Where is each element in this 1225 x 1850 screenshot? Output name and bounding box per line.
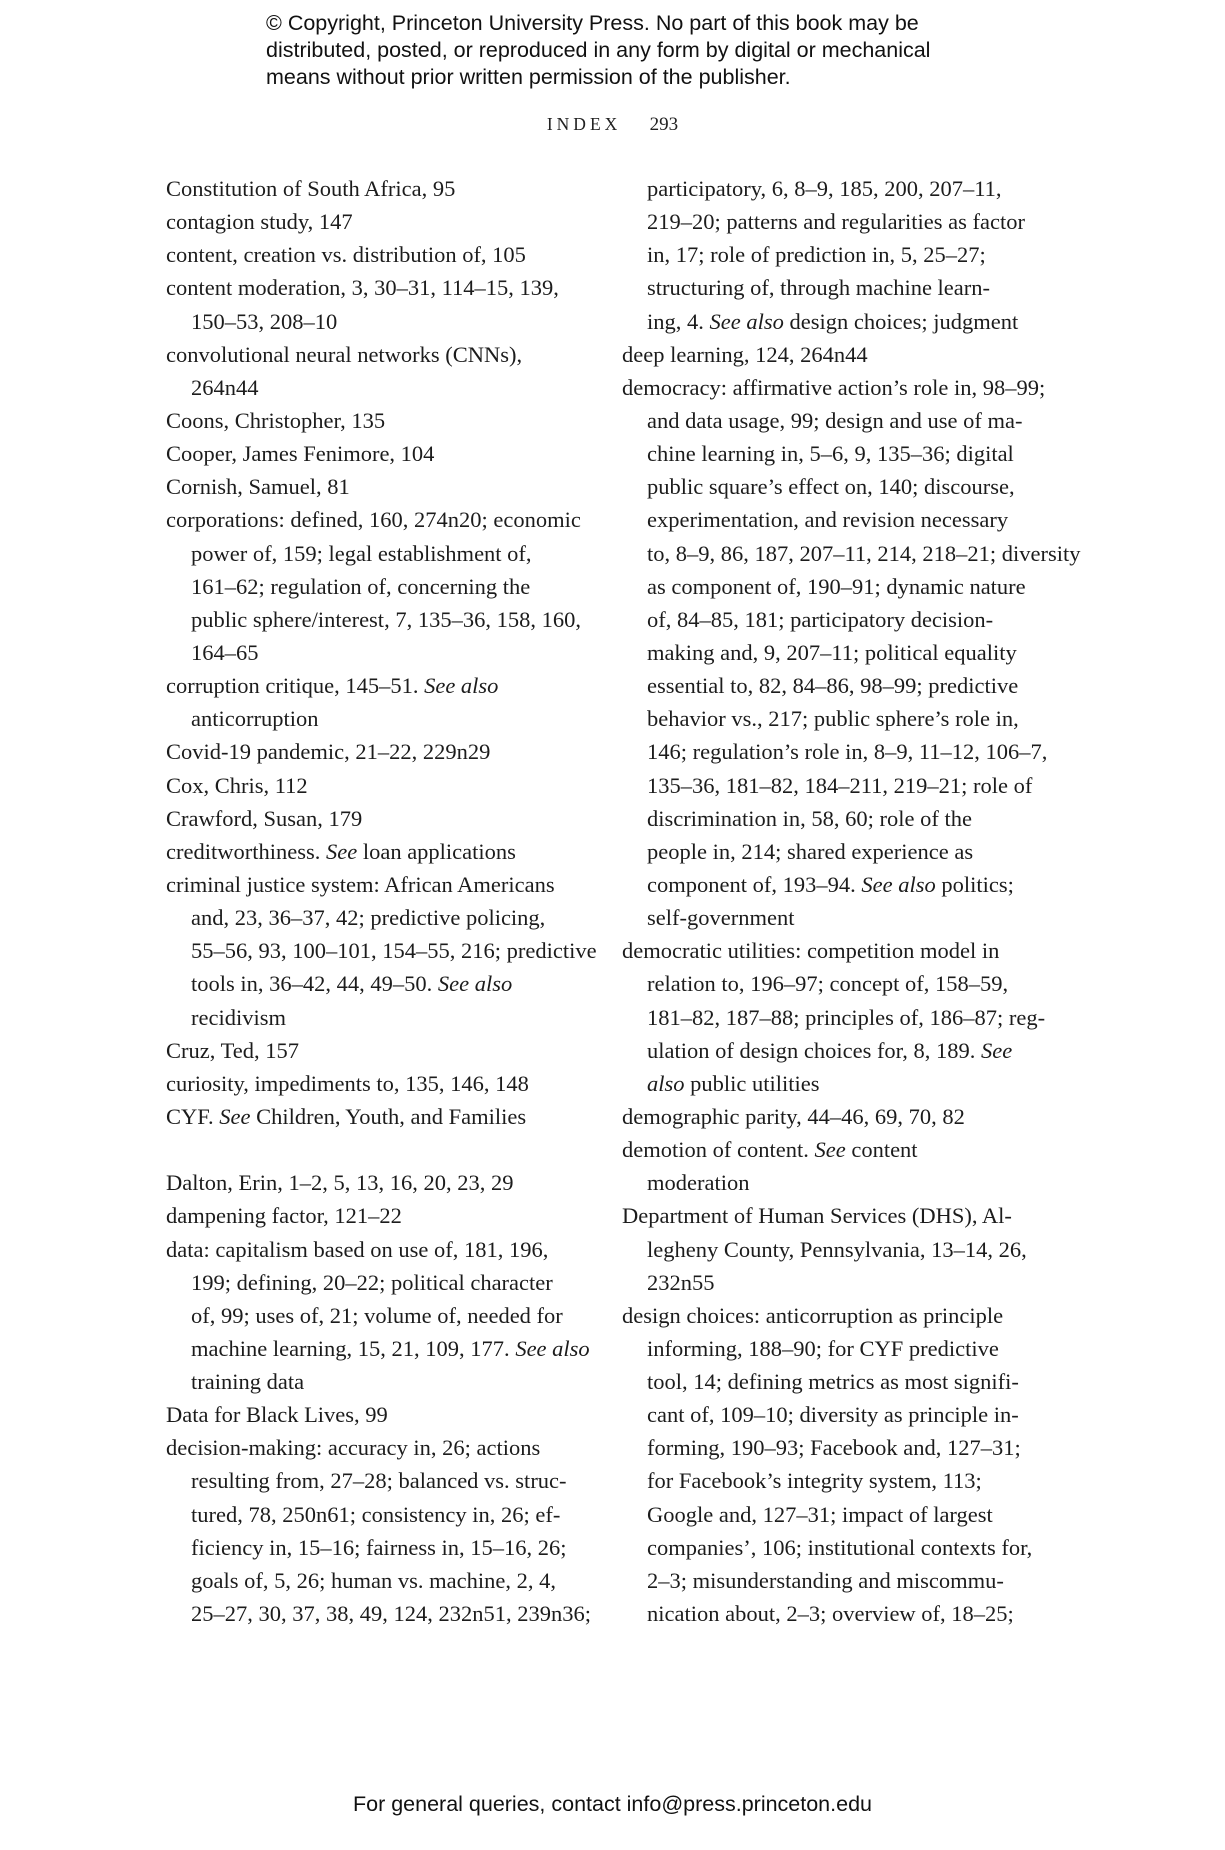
entry-text: public sphere/interest, 7, 135–36, 158, … xyxy=(191,607,581,632)
entry-text: data: capitalism based on use of, 181, 1… xyxy=(166,1237,548,1262)
index-entry: data: capitalism based on use of, 181, 1… xyxy=(166,1233,586,1266)
index-entry-continuation: 181–82, 187–88; principles of, 186–87; r… xyxy=(622,1001,1042,1034)
index-entry-continuation: discrimination in, 58, 60; role of the xyxy=(622,802,1042,835)
entry-text: Crawford, Susan, 179 xyxy=(166,806,362,831)
section-gap xyxy=(166,1133,586,1166)
index-entry-continuation: of, 84–85, 181; participatory decision- xyxy=(622,603,1042,636)
cross-reference-label: See xyxy=(814,1137,845,1162)
entry-text: component of, 193–94. xyxy=(647,872,861,897)
index-entry-continuation: ficiency in, 15–16; fairness in, 15–16, … xyxy=(166,1531,586,1564)
entry-text: Data for Black Lives, 99 xyxy=(166,1402,388,1427)
cross-reference-label: See also xyxy=(861,872,935,897)
cross-reference-label: See also xyxy=(710,309,784,334)
index-entry-continuation: 55–56, 93, 100–101, 154–55, 216; predict… xyxy=(166,934,586,967)
entry-text: decision-making: accuracy in, 26; action… xyxy=(166,1435,540,1460)
entry-text: behavior vs., 217; public sphere’s role … xyxy=(647,706,1019,731)
index-entry: Coons, Christopher, 135 xyxy=(166,404,586,437)
entry-text: 161–62; regulation of, concerning the xyxy=(191,574,530,599)
entry-text: 232n55 xyxy=(647,1270,715,1295)
index-entry-continuation: in, 17; role of prediction in, 5, 25–27; xyxy=(622,238,1042,271)
entry-text: corruption critique, 145–51. xyxy=(166,673,424,698)
index-entry-continuation: 232n55 xyxy=(622,1266,1042,1299)
entry-text: ficiency in, 15–16; fairness in, 15–16, … xyxy=(191,1535,567,1560)
entry-text: demotion of content. xyxy=(622,1137,814,1162)
index-entry-continuation: 150–53, 208–10 xyxy=(166,305,586,338)
index-entry-continuation: making and, 9, 207–11; political equalit… xyxy=(622,636,1042,669)
index-entry-continuation: anticorruption xyxy=(166,702,586,735)
entry-text: as component of, 190–91; dynamic nature xyxy=(647,574,1026,599)
index-entry-continuation: 146; regulation’s role in, 8–9, 11–12, 1… xyxy=(622,735,1042,768)
entry-text: Children, Youth, and Families xyxy=(250,1104,526,1129)
index-entry: demotion of content. See content xyxy=(622,1133,1042,1166)
index-entry-continuation: 161–62; regulation of, concerning the xyxy=(166,570,586,603)
entry-text: experimentation, and revision necessary xyxy=(647,507,1008,532)
entry-text: in, 17; role of prediction in, 5, 25–27; xyxy=(647,242,986,267)
index-entry-continuation: resulting from, 27–28; balanced vs. stru… xyxy=(166,1464,586,1497)
entry-text: participatory, 6, 8–9, 185, 200, 207–11, xyxy=(647,176,1002,201)
entry-text: anticorruption xyxy=(191,706,318,731)
index-entry: Cox, Chris, 112 xyxy=(166,769,586,802)
index-entry-continuation: of, 99; uses of, 21; volume of, needed f… xyxy=(166,1299,586,1332)
entry-text: design choices; judgment xyxy=(784,309,1018,334)
entry-text: and data usage, 99; design and use of ma… xyxy=(647,408,1023,433)
cross-reference-label: See xyxy=(981,1038,1012,1063)
entry-text: 264n44 xyxy=(191,375,259,400)
entry-text: 135–36, 181–82, 184–211, 219–21; role of xyxy=(647,773,1032,798)
entry-text: politics; xyxy=(936,872,1014,897)
index-entry: content, creation vs. distribution of, 1… xyxy=(166,238,586,271)
entry-text: 55–56, 93, 100–101, 154–55, 216; predict… xyxy=(191,938,597,963)
copyright-line: distributed, posted, or reproduced in an… xyxy=(266,37,1026,64)
index-entry: convolutional neural networks (CNNs), xyxy=(166,338,586,371)
entry-text: legheny County, Pennsylvania, 13–14, 26, xyxy=(647,1237,1027,1262)
entry-text: ing, 4. xyxy=(647,309,710,334)
index-entry-continuation: chine learning in, 5–6, 9, 135–36; digit… xyxy=(622,437,1042,470)
copyright-line: © Copyright, Princeton University Press.… xyxy=(266,10,1026,37)
running-head: INDEX 293 xyxy=(0,114,1225,136)
entry-text: Covid-19 pandemic, 21–22, 229n29 xyxy=(166,739,490,764)
index-column-right: participatory, 6, 8–9, 185, 200, 207–11,… xyxy=(622,172,1042,1630)
entry-text: content xyxy=(846,1137,918,1162)
entry-text: public utilities xyxy=(685,1071,820,1096)
index-entry: content moderation, 3, 30–31, 114–15, 13… xyxy=(166,271,586,304)
index-entry-continuation: ulation of design choices for, 8, 189. S… xyxy=(622,1034,1042,1067)
entry-text: design choices: anticorruption as princi… xyxy=(622,1303,1003,1328)
entry-text: Dalton, Erin, 1–2, 5, 13, 16, 20, 23, 29 xyxy=(166,1170,513,1195)
index-entry-continuation: participatory, 6, 8–9, 185, 200, 207–11, xyxy=(622,172,1042,205)
index-entry-continuation: 135–36, 181–82, 184–211, 219–21; role of xyxy=(622,769,1042,802)
entry-text: criminal justice system: African America… xyxy=(166,872,555,897)
entry-text: chine learning in, 5–6, 9, 135–36; digit… xyxy=(647,441,1014,466)
index-entry: Crawford, Susan, 179 xyxy=(166,802,586,835)
index-entry: democratic utilities: competition model … xyxy=(622,934,1042,967)
index-entry: contagion study, 147 xyxy=(166,205,586,238)
entry-text: curiosity, impediments to, 135, 146, 148 xyxy=(166,1071,529,1096)
entry-text: tured, 78, 250n61; consistency in, 26; e… xyxy=(191,1502,560,1527)
cross-reference-label: See xyxy=(219,1104,250,1129)
entry-text: loan applications xyxy=(357,839,516,864)
cross-reference-label: See also xyxy=(424,673,498,698)
index-entry-continuation: tool, 14; defining metrics as most signi… xyxy=(622,1365,1042,1398)
index-entry: dampening factor, 121–22 xyxy=(166,1199,586,1232)
entry-text: content, creation vs. distribution of, 1… xyxy=(166,242,526,267)
entry-text: dampening factor, 121–22 xyxy=(166,1203,402,1228)
entry-text: Google and, 127–31; impact of largest xyxy=(647,1502,993,1527)
index-entry-continuation: training data xyxy=(166,1365,586,1398)
index-column-left: Constitution of South Africa, 95contagio… xyxy=(166,172,586,1630)
entry-text: to, 8–9, 86, 187, 207–11, 214, 218–21; d… xyxy=(647,541,1081,566)
entry-text: goals of, 5, 26; human vs. machine, 2, 4… xyxy=(191,1568,556,1593)
index-entry: Dalton, Erin, 1–2, 5, 13, 16, 20, 23, 29 xyxy=(166,1166,586,1199)
contact-footer: For general queries, contact info@press.… xyxy=(0,1792,1225,1817)
index-entry: Cooper, James Fenimore, 104 xyxy=(166,437,586,470)
cross-reference-label: See also xyxy=(515,1336,589,1361)
index-entry: corruption critique, 145–51. See also xyxy=(166,669,586,702)
index-entry-continuation: also public utilities xyxy=(622,1067,1042,1100)
entry-text: companies’, 106; institutional contexts … xyxy=(647,1535,1032,1560)
running-head-title: INDEX xyxy=(547,114,621,134)
entry-text: and, 23, 36–37, 42; predictive policing, xyxy=(191,905,545,930)
index-entry-continuation: 2–3; misunderstanding and miscommu- xyxy=(622,1564,1042,1597)
index-entry-continuation: forming, 190–93; Facebook and, 127–31; xyxy=(622,1431,1042,1464)
entry-text: of, 84–85, 181; participatory decision- xyxy=(647,607,993,632)
entry-text: nication about, 2–3; overview of, 18–25; xyxy=(647,1601,1014,1626)
entry-text: Cornish, Samuel, 81 xyxy=(166,474,350,499)
index-entry: Covid-19 pandemic, 21–22, 229n29 xyxy=(166,735,586,768)
entry-text: power of, 159; legal establishment of, xyxy=(191,541,532,566)
entry-text: contagion study, 147 xyxy=(166,209,353,234)
entry-text: cant of, 109–10; diversity as principle … xyxy=(647,1402,1019,1427)
index-entry: Department of Human Services (DHS), Al- xyxy=(622,1199,1042,1232)
entry-text: informing, 188–90; for CYF predictive xyxy=(647,1336,999,1361)
index-entry: deep learning, 124, 264n44 xyxy=(622,338,1042,371)
entry-text: Coons, Christopher, 135 xyxy=(166,408,385,433)
entry-text: convolutional neural networks (CNNs), xyxy=(166,342,522,367)
entry-text: 2–3; misunderstanding and miscommu- xyxy=(647,1568,1004,1593)
entry-text: deep learning, 124, 264n44 xyxy=(622,342,868,367)
entry-text: essential to, 82, 84–86, 98–99; predicti… xyxy=(647,673,1018,698)
entry-text: 25–27, 30, 37, 38, 49, 124, 232n51, 239n… xyxy=(191,1601,591,1626)
index-entry: curiosity, impediments to, 135, 146, 148 xyxy=(166,1067,586,1100)
index-entry-continuation: moderation xyxy=(622,1166,1042,1199)
entry-text: corporations: defined, 160, 274n20; econ… xyxy=(166,507,581,532)
entry-text: 164–65 xyxy=(191,640,259,665)
index-entry: design choices: anticorruption as princi… xyxy=(622,1299,1042,1332)
index-entry: Cornish, Samuel, 81 xyxy=(166,470,586,503)
cross-reference-label: also xyxy=(647,1071,685,1096)
index-entry-continuation: people in, 214; shared experience as xyxy=(622,835,1042,868)
index-entry-continuation: machine learning, 15, 21, 109, 177. See … xyxy=(166,1332,586,1365)
entry-text: for Facebook’s integrity system, 113; xyxy=(647,1468,982,1493)
entry-text: machine learning, 15, 21, 109, 177. xyxy=(191,1336,515,1361)
entry-text: structuring of, through machine learn- xyxy=(647,275,990,300)
entry-text: 146; regulation’s role in, 8–9, 11–12, 1… xyxy=(647,739,1047,764)
index-entry-continuation: recidivism xyxy=(166,1001,586,1034)
cross-reference-label: See also xyxy=(438,971,512,996)
entry-text: relation to, 196–97; concept of, 158–59, xyxy=(647,971,1008,996)
index-entry-continuation: 199; defining, 20–22; political characte… xyxy=(166,1266,586,1299)
entry-text: demographic parity, 44–46, 69, 70, 82 xyxy=(622,1104,965,1129)
entry-text: 150–53, 208–10 xyxy=(191,309,337,334)
index-entry: CYF. See Children, Youth, and Families xyxy=(166,1100,586,1133)
index-entry: decision-making: accuracy in, 26; action… xyxy=(166,1431,586,1464)
index-entry: demographic parity, 44–46, 69, 70, 82 xyxy=(622,1100,1042,1133)
entry-text: ulation of design choices for, 8, 189. xyxy=(647,1038,981,1063)
index-entry-continuation: behavior vs., 217; public sphere’s role … xyxy=(622,702,1042,735)
entry-text: people in, 214; shared experience as xyxy=(647,839,973,864)
entry-text: Cooper, James Fenimore, 104 xyxy=(166,441,434,466)
entry-text: moderation xyxy=(647,1170,749,1195)
index-entry-continuation: 164–65 xyxy=(166,636,586,669)
entry-text: recidivism xyxy=(191,1005,286,1030)
entry-text: public square’s effect on, 140; discours… xyxy=(647,474,1015,499)
index-entry-continuation: structuring of, through machine learn- xyxy=(622,271,1042,304)
index-entry-continuation: as component of, 190–91; dynamic nature xyxy=(622,570,1042,603)
index-entry: corporations: defined, 160, 274n20; econ… xyxy=(166,503,586,536)
index-entry-continuation: power of, 159; legal establishment of, xyxy=(166,537,586,570)
index-entry: criminal justice system: African America… xyxy=(166,868,586,901)
entry-text: making and, 9, 207–11; political equalit… xyxy=(647,640,1017,665)
index-entry-continuation: 219–20; patterns and regularities as fac… xyxy=(622,205,1042,238)
entry-text: Cox, Chris, 112 xyxy=(166,773,308,798)
entry-text: 219–20; patterns and regularities as fac… xyxy=(647,209,1025,234)
index-entry-continuation: 264n44 xyxy=(166,371,586,404)
index-entry-continuation: to, 8–9, 86, 187, 207–11, 214, 218–21; d… xyxy=(622,537,1042,570)
entry-text: democratic utilities: competition model … xyxy=(622,938,999,963)
entry-text: forming, 190–93; Facebook and, 127–31; xyxy=(647,1435,1021,1460)
index-entry: Cruz, Ted, 157 xyxy=(166,1034,586,1067)
entry-text: discrimination in, 58, 60; role of the xyxy=(647,806,972,831)
entry-text: resulting from, 27–28; balanced vs. stru… xyxy=(191,1468,567,1493)
copyright-notice: © Copyright, Princeton University Press.… xyxy=(266,10,1026,91)
index-entry-continuation: 25–27, 30, 37, 38, 49, 124, 232n51, 239n… xyxy=(166,1597,586,1630)
index-entry-continuation: component of, 193–94. See also politics; xyxy=(622,868,1042,901)
entry-text: Cruz, Ted, 157 xyxy=(166,1038,299,1063)
entry-text: tools in, 36–42, 44, 49–50. xyxy=(191,971,438,996)
index-entry-continuation: experimentation, and revision necessary xyxy=(622,503,1042,536)
entry-text: of, 99; uses of, 21; volume of, needed f… xyxy=(191,1303,563,1328)
index-entry-continuation: essential to, 82, 84–86, 98–99; predicti… xyxy=(622,669,1042,702)
index-entry-continuation: and data usage, 99; design and use of ma… xyxy=(622,404,1042,437)
entry-text: tool, 14; defining metrics as most signi… xyxy=(647,1369,1019,1394)
page-number: 293 xyxy=(650,114,679,135)
entry-text: self-government xyxy=(647,905,794,930)
index-entry-continuation: public square’s effect on, 140; discours… xyxy=(622,470,1042,503)
index-entry-continuation: Google and, 127–31; impact of largest xyxy=(622,1498,1042,1531)
index-entry-continuation: relation to, 196–97; concept of, 158–59, xyxy=(622,967,1042,1000)
index-entry: democracy: affirmative action’s role in,… xyxy=(622,371,1042,404)
index-entry-continuation: tured, 78, 250n61; consistency in, 26; e… xyxy=(166,1498,586,1531)
entry-text: Department of Human Services (DHS), Al- xyxy=(622,1203,1012,1228)
index-entry-continuation: and, 23, 36–37, 42; predictive policing, xyxy=(166,901,586,934)
entry-text: CYF. xyxy=(166,1104,219,1129)
entry-text: content moderation, 3, 30–31, 114–15, 13… xyxy=(166,275,559,300)
index-entry-continuation: for Facebook’s integrity system, 113; xyxy=(622,1464,1042,1497)
copyright-line: means without prior written permission o… xyxy=(266,64,1026,91)
index-entry-continuation: cant of, 109–10; diversity as principle … xyxy=(622,1398,1042,1431)
index-entry-continuation: informing, 188–90; for CYF predictive xyxy=(622,1332,1042,1365)
index-entry-continuation: legheny County, Pennsylvania, 13–14, 26, xyxy=(622,1233,1042,1266)
index-entry: creditworthiness. See loan applications xyxy=(166,835,586,868)
index-entry: Data for Black Lives, 99 xyxy=(166,1398,586,1431)
index-entry-continuation: tools in, 36–42, 44, 49–50. See also xyxy=(166,967,586,1000)
index-entry-continuation: nication about, 2–3; overview of, 18–25; xyxy=(622,1597,1042,1630)
index-entry: Constitution of South Africa, 95 xyxy=(166,172,586,205)
entry-text: training data xyxy=(191,1369,304,1394)
index-entry-continuation: goals of, 5, 26; human vs. machine, 2, 4… xyxy=(166,1564,586,1597)
entry-text: democracy: affirmative action’s role in,… xyxy=(622,375,1045,400)
entry-text: Constitution of South Africa, 95 xyxy=(166,176,455,201)
index-entry-continuation: ing, 4. See also design choices; judgmen… xyxy=(622,305,1042,338)
entry-text: 199; defining, 20–22; political characte… xyxy=(191,1270,553,1295)
cross-reference-label: See xyxy=(326,839,357,864)
index-entry-continuation: self-government xyxy=(622,901,1042,934)
index-entry-continuation: public sphere/interest, 7, 135–36, 158, … xyxy=(166,603,586,636)
index-entry-continuation: companies’, 106; institutional contexts … xyxy=(622,1531,1042,1564)
entry-text: 181–82, 187–88; principles of, 186–87; r… xyxy=(647,1005,1045,1030)
entry-text: creditworthiness. xyxy=(166,839,326,864)
